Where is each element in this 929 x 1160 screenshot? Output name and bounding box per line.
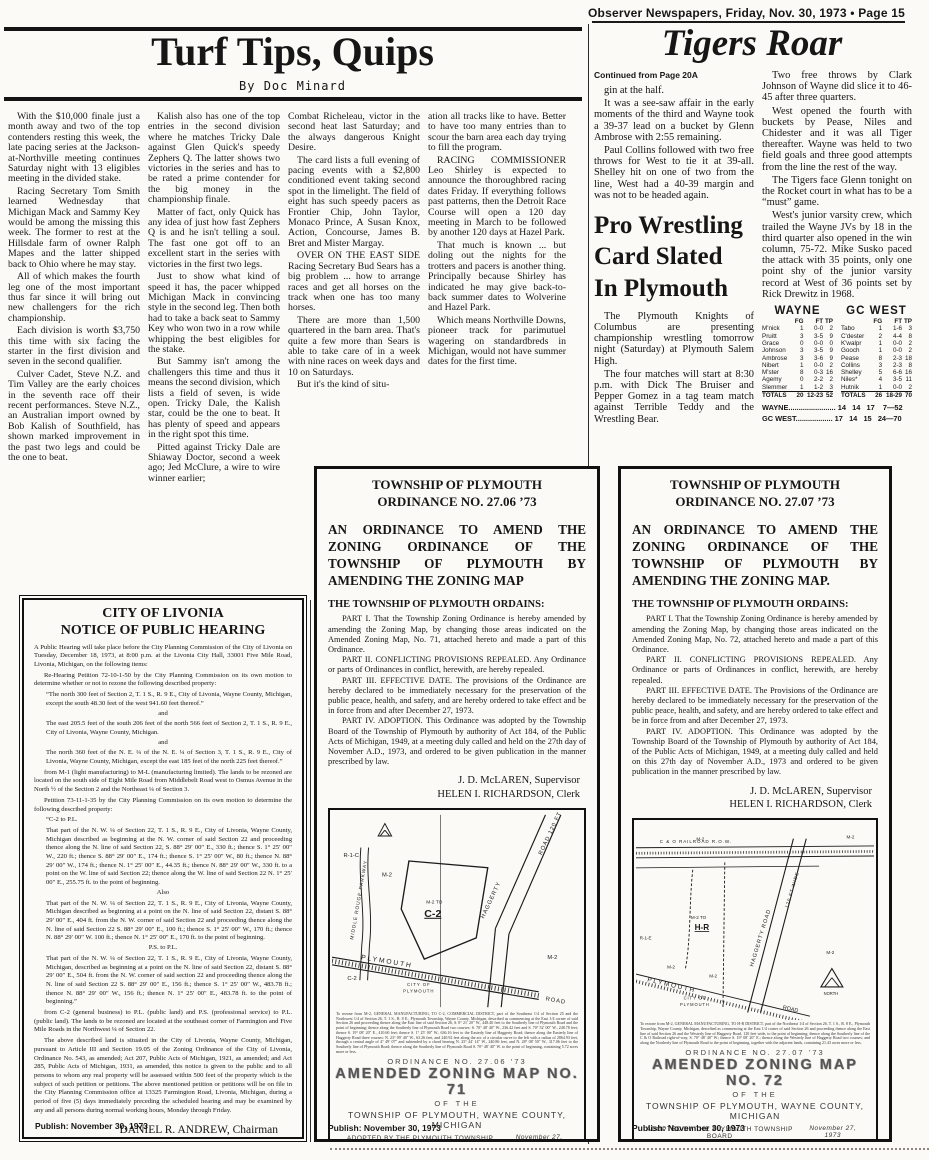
paragraph: Kalish also has one of the top entries i…: [148, 112, 280, 206]
map-rezone-to: H-R: [695, 923, 710, 932]
player-col-header: [762, 318, 793, 325]
player-name: Johnson: [762, 347, 793, 354]
zoning-map-71: MIDDLE ROUGE PARKWAY R-1-C M-2 M-2 TO C-…: [332, 812, 582, 1010]
map-label-city-of: CITY OF: [684, 996, 707, 1001]
plymouth-ordinance-2707: TOWNSHIP OF PLYMOUTH ORDINANCE NO. 27.07…: [618, 466, 892, 1142]
box-score-header-row: FG FT TP: [841, 318, 912, 325]
paragraph: The four matches will start at 8:30 p.m.…: [594, 369, 754, 425]
map-footer-date: November 27, 1973: [502, 1134, 576, 1142]
box-score-row: Pease82-318: [841, 355, 912, 362]
player-name: Hutnik: [841, 384, 871, 392]
tp-col-header: TP: [823, 318, 833, 325]
paragraph: PART II. CONFLICTING PROVISIONS REPEALED…: [328, 655, 586, 675]
ft-col-header: FT: [803, 318, 823, 325]
supervisor-signature: J. D. McLAREN, Supervisor: [328, 774, 580, 787]
stat-value: 16: [823, 369, 833, 376]
stat-value: 0-0: [882, 347, 902, 354]
zoning-map-71-frame: MIDDLE ROUGE PARKWAY R-1-C M-2 M-2 TO C-…: [328, 808, 586, 1142]
map-label-m2b: M-2: [847, 835, 855, 840]
paragraph: The Tigers face Glenn tonight on the Roc…: [762, 175, 912, 209]
stat-value: 1: [871, 384, 882, 392]
stat-value: 8: [793, 369, 804, 376]
map-label-plymouth-road: PLYMOUTH: [647, 976, 697, 994]
paragraph: PART III. EFFECTIVE DATE. The Provisions…: [632, 686, 878, 727]
stat-value: 3: [902, 325, 912, 332]
box-score-row: Johnson33-59: [762, 347, 833, 354]
box-score-table: FG FT TP M'nick10-02Pruitt33-59Grace00-0…: [762, 318, 833, 399]
player-name: TOTALS: [762, 392, 793, 400]
zoning-map-72-frame: M-2 M-2 C & O RAILROAD R.O.W. R-1-E M-2 …: [632, 818, 878, 1142]
ordinance-signatures: J. D. McLAREN, Supervisor HELEN I. RICHA…: [328, 774, 586, 800]
paragraph: Also: [34, 889, 292, 898]
stat-value: 3: [793, 355, 804, 362]
paragraph: “The north 300 feet of Section 2, T. 1 S…: [34, 691, 292, 708]
stat-value: 3-5: [803, 347, 823, 354]
paragraph: and: [34, 710, 292, 719]
map-label-haggerty: HAGGERTY: [480, 881, 502, 920]
paragraph: The card lists a full evening of pacing …: [288, 156, 420, 250]
map-footer-date: November 27, 1973: [797, 1125, 868, 1140]
box-score: WAYNE FG FT TP M'nick10-02Pruitt33-59Gra…: [762, 305, 912, 423]
paragraph: Matter of fact, only Quick has any idea …: [148, 208, 280, 270]
map-label-road: ROAD: [545, 996, 566, 1005]
stat-value: 2: [871, 333, 882, 340]
box-score-row: Niles*43-511: [841, 376, 912, 383]
zoning-map-72: M-2 M-2 C & O RAILROAD R.O.W. R-1-E M-2 …: [636, 822, 874, 1020]
stat-value: 2: [823, 325, 833, 332]
map-label-r1c: R-1-C: [344, 853, 359, 859]
fg-col-header: FG: [871, 318, 882, 325]
stat-value: 18-29: [882, 392, 902, 400]
paragraph: gin at the half.: [594, 85, 754, 96]
north-arrow-icon: NORTH: [821, 969, 843, 997]
paragraph: All of which makes the fourth leg one of…: [8, 272, 140, 324]
box-score-row: M'ster80-316: [762, 369, 833, 376]
map-footer-township: TOWNSHIP OF PLYMOUTH, WAYNE COUNTY, MICH…: [636, 1101, 874, 1121]
paragraph: Petition 73-11-1-35 by the City Planning…: [34, 797, 292, 814]
player-name: K'walpr: [841, 340, 871, 347]
ordains-line: THE TOWNSHIP OF PLYMOUTH ORDAINS:: [632, 599, 878, 610]
stat-value: 8: [902, 362, 912, 369]
paragraph: Which means Northville Downs, pioneer tr…: [428, 316, 566, 368]
map-footer-title: AMENDED ZONING MAP NO. 71: [332, 1066, 582, 1098]
paragraph: PART II. CONFLICTING PROVISIONS REPEALED…: [632, 655, 878, 686]
box-score-row: Agemy02-22: [762, 376, 833, 383]
paragraph: Combat Richeleau, victor in the second h…: [288, 112, 420, 154]
ft-col-header: FT: [882, 318, 902, 325]
stat-value: 3-6: [803, 355, 823, 362]
ordains-line: THE TOWNSHIP OF PLYMOUTH ORDAINS:: [328, 599, 586, 610]
ordinance-header: TOWNSHIP OF PLYMOUTH ORDINANCE NO. 27.06…: [328, 477, 586, 511]
masthead: Observer Newspapers, Friday, Nov. 30, 19…: [575, 6, 905, 20]
box-score-row: Hutnik10-02: [841, 384, 912, 392]
ordinance-header: TOWNSHIP OF PLYMOUTH ORDINANCE NO. 27.07…: [632, 477, 878, 511]
stat-value: 6-6: [882, 369, 902, 376]
turf-column-1: With the $10,000 finale just a month awa…: [8, 112, 140, 465]
page-bottom-rule: [330, 1148, 929, 1150]
player-col-header: [841, 318, 871, 325]
stat-value: 11: [902, 376, 912, 383]
stat-value: 4: [871, 376, 882, 383]
paragraph: West opened the fourth with buckets by P…: [762, 106, 912, 173]
map-label-m2b: M-2: [547, 955, 557, 961]
ordinance-number: ORDINANCE NO. 27.06 ’73: [328, 494, 586, 511]
stat-value: 16: [902, 369, 912, 376]
tp-col-header: TP: [902, 318, 912, 325]
player-name: Slemmer: [762, 384, 793, 392]
stat-value: 1: [793, 362, 804, 369]
stat-value: 0: [793, 340, 804, 347]
stat-value: 1: [793, 384, 804, 392]
map-footer-adopted: ADOPTED BY THE PLYMOUTH TOWNSHIP BOARD: [338, 1135, 502, 1142]
paragraph: That part of the N. W. ¼ of Section 22, …: [34, 955, 292, 1007]
map-footer-ordinance-no: ORDINANCE NO. 27.06 ’73: [332, 1057, 582, 1066]
player-name: Pruitt: [762, 333, 793, 340]
paragraph: Just to show what kind of speed it has, …: [148, 272, 280, 355]
paragraph: from C-2 (general business) to P.L. (pub…: [34, 1009, 292, 1035]
paragraph: The east 205.5 feet of the south 206 fee…: [34, 720, 292, 737]
map-label-parkway: MIDDLE ROUGE PARKWAY: [349, 859, 369, 940]
paragraph: Two free throws by Clark Johnson of Wayn…: [762, 70, 912, 104]
stat-value: 12-23: [803, 392, 823, 400]
stat-value: 70: [902, 392, 912, 400]
ordinance-parts: PART I. That the Township Zoning Ordinan…: [328, 614, 586, 767]
map-label-road: ROAD: [782, 1005, 799, 1014]
paragraph: PART IV. ADOPTION. This Ordinance was ad…: [328, 716, 586, 767]
team-name: GC WEST: [841, 305, 912, 317]
fg-col-header: FG: [793, 318, 804, 325]
box-score-row: Slemmer11-23: [762, 384, 833, 392]
paragraph: PART IV. ADOPTION. This Ordinance was ad…: [632, 727, 878, 778]
newspaper-page: Observer Newspapers, Friday, Nov. 30, 19…: [0, 0, 929, 1160]
paragraph: That part of the N. W. ¼ of Section 22, …: [34, 900, 292, 944]
ordinance-publish-line: Publish: November 30, 1973: [328, 1123, 441, 1133]
box-score-row: Tabo11-63: [841, 325, 912, 332]
turf-tips-headline: Turf Tips, Quips: [0, 31, 585, 73]
player-name: Shelley: [841, 369, 871, 376]
stat-value: 0-3: [803, 369, 823, 376]
ordinance-parts: PART I. That the Township Zoning Ordinan…: [632, 614, 878, 777]
tigers-column-1-text: gin at the half.It was a see-saw affair …: [594, 85, 754, 201]
quarter-score-west: GC WEST.................. 17 14 15 24—70: [762, 414, 912, 423]
box-score-row: TOTALS2012-2352: [762, 392, 833, 400]
box-score-row: Ambrose33-69: [762, 355, 833, 362]
paragraph: OVER ON THE EAST SIDE Racing Secretary B…: [288, 251, 420, 313]
stat-value: 9: [823, 333, 833, 340]
paragraph: The north 360 feet of the N. E. ¼ of the…: [34, 749, 292, 766]
map-label-haggerty-width: 120 FT WIDE: [784, 871, 800, 908]
player-name: Tabo: [841, 325, 871, 332]
box-score-row: M'nick10-02: [762, 325, 833, 332]
stat-value: 1: [871, 347, 882, 354]
paragraph: RACING COMMISSIONER Leo Shirley is expec…: [428, 156, 566, 239]
box-score-table: FG FT TP Tabo11-63C'dester24-48K'walpr10…: [841, 318, 912, 399]
tigers-column-1: Continued from Page 20A gin at the half.…: [594, 70, 754, 427]
paragraph: But Sammy isn't among the challengers th…: [148, 357, 280, 440]
map-label-haggerty-width: ROAD 120 FT WIDE: [538, 812, 572, 856]
stat-value: 2: [823, 376, 833, 383]
map-label-railroad: C & O RAILROAD R.O.W.: [660, 839, 732, 844]
paragraph: West's junior varsity crew, which traile…: [762, 210, 912, 300]
box-score-row: Grace00-00: [762, 340, 833, 347]
tigers-roar-headline: Tigers Roar: [594, 22, 910, 65]
player-name: Agemy: [762, 376, 793, 383]
livonia-notice-body: A Public Hearing will take place before …: [34, 644, 292, 1116]
player-name: Gooch: [841, 347, 871, 354]
box-score-row: TOTALS2618-2970: [841, 392, 912, 400]
tigers-column-2: Two free throws by Clark Johnson of Wayn…: [762, 70, 912, 423]
stat-value: 52: [823, 392, 833, 400]
stat-value: 2: [902, 347, 912, 354]
ordinance-title: AN ORDINANCE TO AMEND THE ZONING ORDINAN…: [328, 521, 586, 590]
stat-value: 1: [871, 340, 882, 347]
stat-value: 0-0: [803, 340, 823, 347]
team-name: WAYNE: [762, 305, 833, 317]
plymouth-ordinance-2706: TOWNSHIP OF PLYMOUTH ORDINANCE NO. 27.06…: [314, 466, 600, 1142]
paragraph: That much is known ... but doling out th…: [428, 241, 566, 314]
stat-value: 9: [823, 347, 833, 354]
turf-column-3: Combat Richeleau, victor in the second h…: [288, 112, 420, 393]
paragraph: With the $10,000 finale just a month awa…: [8, 112, 140, 185]
map-rezone-from: M-2 TO: [691, 915, 707, 920]
map-label-m2d: M-2: [709, 974, 717, 979]
stat-value: 18: [902, 355, 912, 362]
stat-value: 5: [871, 369, 882, 376]
ordinance-title: AN ORDINANCE TO AMEND THE ZONING ORDINAN…: [632, 521, 878, 590]
stat-value: 3: [823, 384, 833, 392]
paragraph: and: [34, 739, 292, 748]
paragraph: Re-Hearing Petition 72-10-1-50 by the Ci…: [34, 672, 292, 689]
stat-value: 0: [793, 376, 804, 383]
stat-value: 2: [902, 384, 912, 392]
tigers-column-2-text: Two free throws by Clark Johnson of Wayn…: [762, 70, 912, 300]
paragraph: PART I. That the Township Zoning Ordinan…: [328, 614, 586, 655]
turf-column-4: ation all tracks like to have. Better to…: [428, 112, 566, 370]
paragraph: Paul Collins followed with two free thro…: [594, 145, 754, 201]
map-label-city-plymouth: PLYMOUTH: [680, 1002, 710, 1007]
paragraph: Pitted against Tricky Dale are Shiaway D…: [148, 443, 280, 485]
player-name: TOTALS: [841, 392, 871, 400]
north-arrow-icon: [378, 823, 391, 836]
stat-value: 2: [823, 362, 833, 369]
livonia-notice-title-1: CITY OF LIVONIA: [34, 606, 292, 623]
stat-value: 26: [871, 392, 882, 400]
column-rule-vertical-2: [310, 600, 311, 1142]
map-footer-of-the: OF THE: [332, 1099, 582, 1108]
clerk-signature: HELEN I. RICHARDSON, Clerk: [632, 798, 872, 811]
player-name: Pease: [841, 355, 871, 362]
box-score-team-wayne: WAYNE FG FT TP M'nick10-02Pruitt33-59Gra…: [762, 305, 833, 399]
player-name: Ambrose: [762, 355, 793, 362]
paragraph: Racing Secretary Tom Smith learned Wedne…: [8, 187, 140, 270]
stat-value: 1: [793, 325, 804, 332]
stat-value: 8: [902, 333, 912, 340]
ordinance-publish-line: Publish: November 30, 1973: [632, 1123, 745, 1133]
continued-from-note: Continued from Page 20A: [594, 70, 754, 80]
paragraph: Each division is worth $3,750 this time …: [8, 326, 140, 368]
paragraph: from M-1 (light manufacturing) to M-L (m…: [34, 769, 292, 795]
box-score-row: Shelley56-616: [841, 369, 912, 376]
paragraph: That part of the N. W. ¼ of Section 22, …: [34, 827, 292, 888]
paragraph: “C-2 to P.L.: [34, 816, 292, 825]
map-legal-description: To rezone from M-2, GENERAL MANUFACTURIN…: [640, 1022, 870, 1046]
map-label-r1e: R-1-E: [640, 935, 652, 940]
stat-value: 0-0: [803, 362, 823, 369]
stat-value: 8: [871, 355, 882, 362]
paragraph: P.S. to P.L.: [34, 944, 292, 953]
box-score-row: Pruitt33-59: [762, 333, 833, 340]
turf-column-2: Kalish also has one of the top entries i…: [148, 112, 280, 486]
map-label-m2e: M-2: [826, 950, 834, 955]
livonia-public-hearing-notice: CITY OF LIVONIA NOTICE OF PUBLIC HEARING…: [22, 598, 304, 1139]
paragraph: It was a see-saw affair in the early mom…: [594, 98, 754, 143]
stat-value: 3-5: [803, 333, 823, 340]
stat-value: 3: [793, 347, 804, 354]
map-footer-ordinance-no: ORDINANCE NO. 27.07 ’73: [636, 1048, 874, 1057]
livonia-signature-org: City Planning Commission: [34, 1138, 278, 1139]
map-label-m2c: M-2: [667, 965, 675, 970]
pro-wrestling-text: The Plymouth Knights of Columbus are pre…: [594, 311, 754, 425]
stat-value: 4-4: [882, 333, 902, 340]
paragraph: There are more than 1,500 quartered in t…: [288, 316, 420, 378]
stat-value: 3: [871, 362, 882, 369]
stat-value: 2-3: [882, 355, 902, 362]
turf-tips-byline: By Doc Minard: [0, 79, 585, 93]
map-label-city-plymouth: PLYMOUTH: [403, 988, 434, 993]
box-score-row: Gooch10-02: [841, 347, 912, 354]
map-rezone-from: M-2 TO: [426, 899, 442, 905]
player-name: Collins: [841, 362, 871, 369]
ordinance-signatures: J. D. McLAREN, Supervisor HELEN I. RICHA…: [632, 785, 878, 811]
map-label-north: NORTH: [824, 991, 839, 996]
ordinance-number: ORDINANCE NO. 27.07 ’73: [632, 494, 878, 511]
paragraph: ation all tracks like to have. Better to…: [428, 112, 566, 154]
pro-wrestling-headline: Pro Wrestling Card Slated In Plymouth: [594, 210, 754, 304]
stat-value: 2-2: [803, 376, 823, 383]
player-name: M'nick: [762, 325, 793, 332]
stat-value: 9: [823, 355, 833, 362]
map-rezone-to: C-2: [424, 907, 441, 919]
paragraph: The above described land is situated in …: [34, 1037, 292, 1115]
paragraph: But it's the kind of situ-: [288, 380, 420, 390]
headline-rule-bottom: [4, 97, 582, 101]
supervisor-signature: J. D. McLAREN, Supervisor: [632, 785, 872, 798]
player-name: C'dester: [841, 333, 871, 340]
player-name: Grace: [762, 340, 793, 347]
stat-value: 2-3: [882, 362, 902, 369]
box-score-row: Nibert10-02: [762, 362, 833, 369]
player-name: Niles*: [841, 376, 871, 383]
box-score-team-west: GC WEST FG FT TP Tabo11-63C'dester24-48K…: [841, 305, 912, 399]
quarter-score-wayne: WAYNE....................... 14 14 17 7—…: [762, 403, 912, 412]
paragraph: A Public Hearing will take place before …: [34, 644, 292, 670]
map-footer-title: AMENDED ZONING MAP NO. 72: [636, 1057, 874, 1089]
stat-value: 0-0: [882, 384, 902, 392]
livonia-publish-line: Publish: November 30, 1973: [35, 1121, 148, 1131]
box-score-row: Collins32-38: [841, 362, 912, 369]
quarter-scores: WAYNE....................... 14 14 17 7—…: [762, 403, 912, 423]
livonia-notice-title-2: NOTICE OF PUBLIC HEARING: [34, 623, 292, 640]
ordinance-township: TOWNSHIP OF PLYMOUTH: [632, 477, 878, 494]
ordinance-township: TOWNSHIP OF PLYMOUTH: [328, 477, 586, 494]
player-name: Nibert: [762, 362, 793, 369]
stat-value: 0-0: [803, 325, 823, 332]
paragraph: PART III. EFFECTIVE DATE. The provisions…: [328, 676, 586, 717]
map-label-c2: C-2: [347, 976, 356, 982]
stat-value: 1: [871, 325, 882, 332]
box-score-row: K'walpr10-02: [841, 340, 912, 347]
paragraph: The Plymouth Knights of Columbus are pre…: [594, 311, 754, 367]
box-score-row: C'dester24-48: [841, 333, 912, 340]
map-label-city-of: CITY OF: [407, 982, 431, 987]
map-legal-description: To rezone from M-2, GENERAL MANUFACTURIN…: [336, 1012, 578, 1055]
stat-value: 0-0: [882, 340, 902, 347]
stat-value: 1-6: [882, 325, 902, 332]
stat-value: 0: [823, 340, 833, 347]
stat-value: 3: [793, 333, 804, 340]
paragraph: Culver Cadet, Steve N.Z. and Tim Valley …: [8, 370, 140, 464]
player-name: M'ster: [762, 369, 793, 376]
stat-value: 3-5: [882, 376, 902, 383]
clerk-signature: HELEN I. RICHARDSON, Clerk: [328, 788, 580, 801]
map-label-m2: M-2: [382, 872, 392, 878]
box-score-header-row: FG FT TP: [762, 318, 833, 325]
stat-value: 20: [793, 392, 804, 400]
stat-value: 2: [902, 340, 912, 347]
map-label-haggerty: HAGGERTY ROAD: [749, 908, 772, 967]
paragraph: PART I. That the Township Zoning Ordinan…: [632, 614, 878, 655]
stat-value: 1-2: [803, 384, 823, 392]
map-footer-of-the: OF THE: [636, 1090, 874, 1099]
